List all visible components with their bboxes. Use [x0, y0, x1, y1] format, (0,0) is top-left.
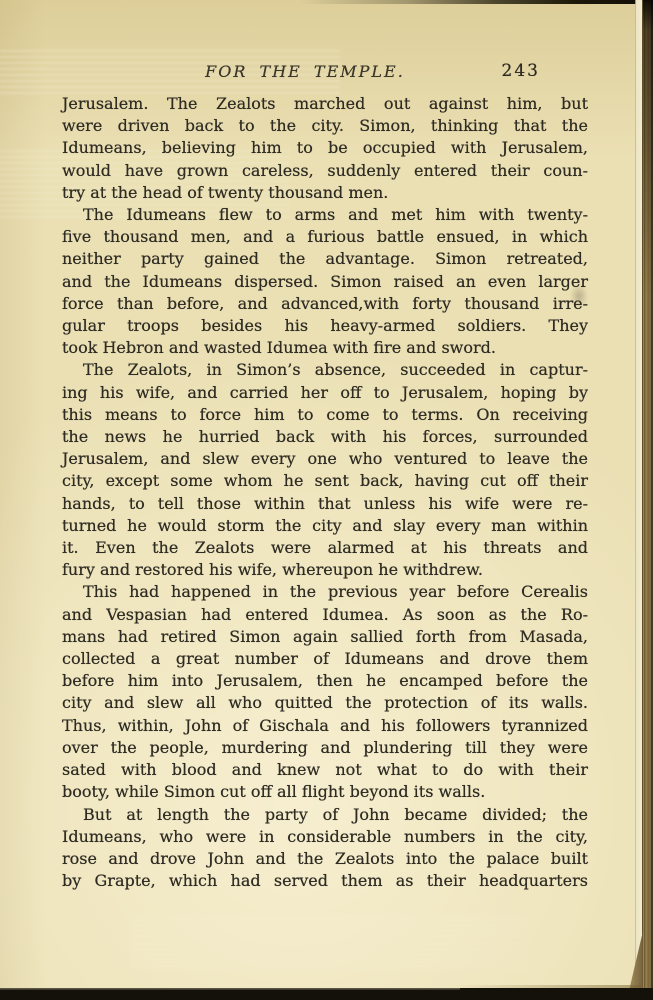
text-line: rose and drove John and the Zealots into…	[62, 848, 588, 870]
text-line: force than before, and advanced,with for…	[62, 293, 588, 315]
text-line: Idumeans, believing him to be occupied w…	[62, 137, 588, 159]
text-line: neither party gained the advantage. Simo…	[62, 248, 588, 270]
scan-edge-highlight-bottom	[0, 988, 460, 990]
text-line: it. Even the Zealots were alarmed at his…	[62, 537, 588, 559]
text-line: Thus, within, John of Gischala and his f…	[62, 715, 588, 737]
text-line: fury and restored his wife, whereupon he…	[62, 559, 588, 581]
text-line: city, except some whom he sent back, hav…	[62, 470, 588, 492]
text-line: before him into Jerusalem, then he encam…	[62, 670, 588, 692]
text-line: took Hebron and wasted Idumea with fire …	[62, 337, 588, 359]
book-fore-edge	[642, 0, 653, 1000]
text-line: Idumeans, who were in considerable numbe…	[62, 826, 588, 848]
scanner-streak	[130, 915, 530, 970]
text-line: The Idumeans flew to arms and met him wi…	[62, 204, 588, 226]
text-line: booty, while Simon cut off all flight be…	[62, 781, 588, 803]
text-line: try at the head of twenty thousand men.	[62, 182, 588, 204]
scan-dark-edge-top	[300, 0, 653, 4]
text-line: hands, to tell those within that unless …	[62, 493, 588, 515]
page-number: 243	[502, 61, 540, 81]
text-line: and Vespasian had entered Idumea. As soo…	[62, 604, 588, 626]
body-text: Jerusalem. The Zealots marched out again…	[62, 93, 588, 892]
text-line: collected a great number of Idumeans and…	[62, 648, 588, 670]
text-line: The Zealots, in Simon’s absence, succeed…	[62, 359, 588, 381]
book-page-scan: FOR THE TEMPLE. 243 Jerusalem. The Zealo…	[0, 0, 653, 1000]
text-line: this means to force him to come to terms…	[62, 404, 588, 426]
text-line: This had happened in the previous year b…	[62, 581, 588, 603]
text-line: by Grapte, which had served them as thei…	[62, 870, 588, 892]
text-line: five thousand men, and a furious battle …	[62, 226, 588, 248]
text-line: were driven back to the city. Simon, thi…	[62, 115, 588, 137]
text-line: mans had retired Simon again sallied for…	[62, 626, 588, 648]
text-line: would have grown careless, suddenly ente…	[62, 160, 588, 182]
text-line: over the people, murdering and plunderin…	[62, 737, 588, 759]
paragraph: The Zealots, in Simon’s absence, succeed…	[62, 359, 588, 581]
text-line: Jerusalem. The Zealots marched out again…	[62, 93, 588, 115]
text-line: gular troops besides his heavy-armed sol…	[62, 315, 588, 337]
paragraph: This had happened in the previous year b…	[62, 581, 588, 803]
paragraph: The Idumeans flew to arms and met him wi…	[62, 204, 588, 359]
text-line: turned he would storm the city and slay …	[62, 515, 588, 537]
text-line: Jerusalem, and slew every one who ventur…	[62, 448, 588, 470]
paragraph: Jerusalem. The Zealots marched out again…	[62, 93, 588, 204]
text-line: sated with blood and knew not what to do…	[62, 759, 588, 781]
running-title: FOR THE TEMPLE.	[205, 62, 405, 81]
text-line: the news he hurried back with his forces…	[62, 426, 588, 448]
running-header: FOR THE TEMPLE. 243	[62, 62, 588, 84]
paragraph: But at length the party of John became d…	[62, 804, 588, 893]
text-line: But at length the party of John became d…	[62, 804, 588, 826]
text-line: ing his wife, and carried her off to Jer…	[62, 382, 588, 404]
text-line: and the Idumeans dispersed. Simon raised…	[62, 271, 588, 293]
text-line: city and slew all who quitted the protec…	[62, 692, 588, 714]
